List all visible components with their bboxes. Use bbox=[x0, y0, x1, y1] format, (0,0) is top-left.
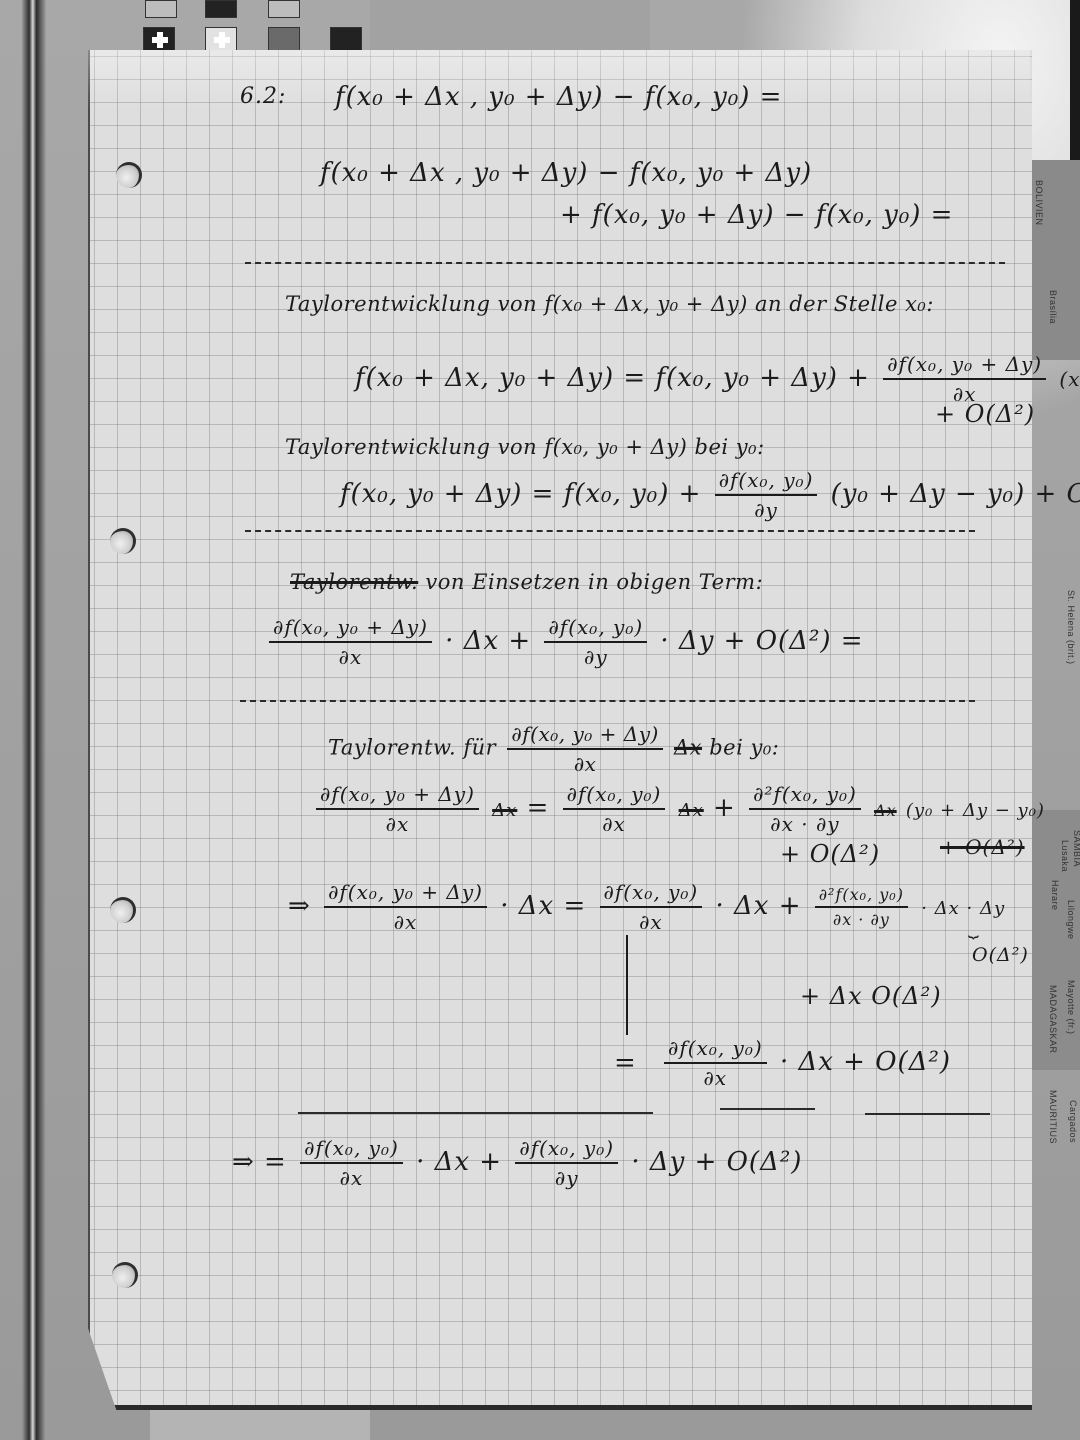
insert-fraction-1: ∂f(x₀, y₀ + Δy) ∂x bbox=[269, 615, 432, 669]
plus-sign: + bbox=[713, 793, 736, 823]
taylor2-tail: (y₀ + Δy − y₀) + O(Δ²) bbox=[831, 479, 1080, 509]
equation-line-2: f(x₀ + Δx , y₀ + Δy) − f(x₀, y₀ + Δy) bbox=[320, 158, 812, 188]
equals-sign: = bbox=[527, 793, 550, 823]
taylor1-equation: f(x₀ + Δx, y₀ + Δy) = f(x₀, y₀ + Δy) + ∂… bbox=[355, 352, 1080, 406]
taylor3-heading-post: bei y₀: bbox=[709, 736, 779, 760]
fraction-numerator: ∂f(x₀, y₀ + Δy) bbox=[324, 880, 487, 908]
punch-hole bbox=[116, 162, 142, 188]
taylor2-fraction: ∂f(x₀, y₀) ∂y bbox=[715, 468, 818, 522]
equation-line-1: f(x₀ + Δx , y₀ + Δy) − f(x₀, y₀) = bbox=[335, 82, 782, 112]
taylor2-heading: Taylorentwicklung von f(x₀, y₀ + Δy) bei… bbox=[285, 435, 765, 459]
separator-line bbox=[245, 530, 975, 532]
fraction-denominator: ∂x bbox=[574, 750, 597, 776]
fraction-denominator: ∂y bbox=[754, 496, 778, 522]
map-label: Harare bbox=[1050, 880, 1060, 911]
fraction-denominator: ∂y bbox=[555, 1164, 579, 1190]
final-tail: · Δy + O(Δ²) bbox=[631, 1147, 802, 1177]
taylor1-fraction: ∂f(x₀, y₀ + Δy) ∂x bbox=[883, 352, 1046, 406]
map-label: MADAGASKAR bbox=[1048, 985, 1058, 1054]
fraction-numerator: ∂f(x₀, y₀) bbox=[715, 468, 818, 496]
fraction-denominator: ∂x bbox=[602, 810, 626, 836]
taylor2-equation: f(x₀, y₀ + Δy) = f(x₀, y₀) + ∂f(x₀, y₀) … bbox=[340, 468, 1080, 522]
impl-result-fraction: ∂f(x₀, y₀) ∂x bbox=[664, 1036, 767, 1090]
taylor3-heading-pre: Taylorentw. für bbox=[328, 736, 496, 760]
map-label: Brasília bbox=[1048, 290, 1058, 324]
taylor3-r1-fraction: ∂f(x₀, y₀) ∂x bbox=[563, 782, 666, 836]
taylor1-lhs: f(x₀ + Δx, y₀ + Δy) = f(x₀, y₀ + Δy) + bbox=[355, 363, 870, 393]
map-label: St. Helena (brit.) bbox=[1066, 590, 1076, 665]
struck-remainder: + O(Δ²) bbox=[940, 835, 1025, 859]
map-label: Lilongwe bbox=[1066, 900, 1076, 940]
map-label: Mayotte (fr.) bbox=[1066, 980, 1076, 1035]
impl-r2-fraction: ∂²f(x₀, y₀) ∂x · ∂y bbox=[815, 885, 908, 929]
fraction-numerator: ∂f(x₀, y₀ + Δy) bbox=[316, 782, 479, 810]
taylor2-lhs: f(x₀, y₀ + Δy) = f(x₀, y₀) + bbox=[340, 479, 701, 509]
separator-line bbox=[245, 262, 1005, 264]
struck-word: Δx bbox=[492, 800, 517, 821]
flag-icon bbox=[205, 0, 237, 18]
desk-shadow bbox=[1070, 0, 1080, 160]
insert-fraction-2: ∂f(x₀, y₀) ∂y bbox=[544, 615, 647, 669]
fraction-denominator: ∂x bbox=[394, 908, 418, 934]
map-land-region bbox=[370, 0, 650, 50]
equation-line-3: + f(x₀, y₀ + Δy) − f(x₀, y₀) = bbox=[560, 200, 953, 230]
struck-word: Δx bbox=[674, 736, 702, 760]
taylor3-r2-fraction: ∂²f(x₀, y₀) ∂x · ∂y bbox=[749, 782, 861, 836]
taylor3-heading: Taylorentw. für ∂f(x₀, y₀ + Δy) ∂x Δx be… bbox=[328, 722, 779, 776]
impl-r1-tail: · Δx + bbox=[715, 891, 801, 921]
fraction-numerator: ∂²f(x₀, y₀) bbox=[749, 782, 861, 810]
brace-label: O(Δ²) bbox=[972, 944, 1029, 966]
taylor1-tail: (x₀ + Δx − x₀) bbox=[1059, 367, 1080, 391]
impl-lhs-tail: · Δx = bbox=[500, 891, 586, 921]
map-label: Cargados bbox=[1068, 1100, 1078, 1143]
final-fraction-2: ∂f(x₀, y₀) ∂y bbox=[515, 1136, 618, 1190]
impl-lhs-fraction: ∂f(x₀, y₀ + Δy) ∂x bbox=[324, 880, 487, 934]
taylor1-heading: Taylorentwicklung von f(x₀ + Δx, y₀ + Δy… bbox=[285, 292, 934, 316]
underbrace: ⏟ bbox=[968, 918, 979, 939]
fraction-denominator: ∂x · ∂y bbox=[833, 908, 890, 929]
fraction-denominator: ∂x bbox=[704, 1064, 728, 1090]
fraction-numerator: ∂f(x₀, y₀) bbox=[515, 1136, 618, 1164]
continuation-bracket bbox=[626, 935, 628, 1035]
flag-icon bbox=[145, 0, 177, 18]
map-label: MAURITIUS bbox=[1048, 1090, 1058, 1144]
flag-switzerland-icon bbox=[143, 27, 175, 53]
struck-word: Δx bbox=[679, 800, 704, 821]
taylor3-equation: ∂f(x₀, y₀ + Δy) ∂x Δx = ∂f(x₀, y₀) ∂x Δx… bbox=[312, 782, 1045, 836]
implies-arrow: ⇒ bbox=[288, 891, 311, 921]
impl-result: ∂f(x₀, y₀) ∂x · Δx + O(Δ²) bbox=[660, 1036, 951, 1090]
problem-number: 6.2: bbox=[240, 84, 286, 109]
final-arrow: ⇒ = bbox=[232, 1147, 287, 1177]
flag-icon bbox=[330, 27, 362, 53]
insert-heading-text: von Einsetzen in obigen Term: bbox=[425, 570, 763, 594]
flag-malta-icon bbox=[205, 27, 237, 53]
separator-line bbox=[865, 1113, 990, 1115]
fraction-numerator: ∂f(x₀, y₀) bbox=[563, 782, 666, 810]
implication-equation: ⇒ ∂f(x₀, y₀ + Δy) ∂x · Δx = ∂f(x₀, y₀) ∂… bbox=[288, 880, 1005, 934]
impl-r2-tail: · Δx · Δy bbox=[921, 898, 1005, 919]
impl-equals: = bbox=[614, 1048, 637, 1078]
fraction-denominator: ∂x bbox=[340, 1164, 364, 1190]
taylor3-heading-fraction: ∂f(x₀, y₀ + Δy) ∂x bbox=[507, 722, 662, 776]
fraction-numerator: ∂f(x₀, y₀) bbox=[664, 1036, 767, 1064]
struck-word: Δx bbox=[874, 801, 897, 820]
taylor3-remainder: + O(Δ²) bbox=[780, 840, 880, 868]
map-label: BOLIVIEN bbox=[1034, 180, 1044, 226]
taylor1-remainder: + O(Δ²) bbox=[935, 400, 1035, 428]
separator-line bbox=[720, 1108, 815, 1110]
final-fraction-1: ∂f(x₀, y₀) ∂x bbox=[300, 1136, 403, 1190]
map-label: SAMBIA bbox=[1072, 830, 1080, 867]
final-mid: · Δx + bbox=[416, 1147, 502, 1177]
impl-result-tail: · Δx + O(Δ²) bbox=[780, 1047, 951, 1077]
struck-word: Taylorentw. bbox=[290, 570, 418, 594]
fraction-denominator: ∂x bbox=[639, 908, 663, 934]
fraction-numerator: ∂f(x₀, y₀ + Δy) bbox=[507, 722, 662, 750]
fraction-denominator: ∂x bbox=[386, 810, 410, 836]
punch-hole bbox=[112, 1262, 138, 1288]
insert-mid: · Δx + bbox=[445, 626, 531, 656]
fraction-denominator: ∂x bbox=[339, 643, 363, 669]
fraction-numerator: ∂f(x₀, y₀ + Δy) bbox=[269, 615, 432, 643]
separator-line bbox=[240, 700, 975, 702]
map-label: Lusaka bbox=[1060, 840, 1070, 872]
separator-line bbox=[298, 1112, 653, 1114]
fraction-numerator: ∂f(x₀, y₀) bbox=[600, 880, 703, 908]
flag-icon bbox=[268, 0, 300, 18]
fraction-numerator: ∂²f(x₀, y₀) bbox=[815, 885, 908, 908]
binder-edge bbox=[22, 0, 46, 1440]
fraction-numerator: ∂f(x₀, y₀) bbox=[544, 615, 647, 643]
taylor3-r2-tail: (y₀ + Δy − y₀) bbox=[906, 800, 1045, 821]
taylor3-lhs-fraction: ∂f(x₀, y₀ + Δy) ∂x bbox=[316, 782, 479, 836]
impl-remainder: + Δx O(Δ²) bbox=[800, 982, 942, 1010]
punch-hole bbox=[110, 897, 136, 923]
map-flags-strip bbox=[150, 1410, 370, 1440]
insert-tail: · Δy + O(Δ²) = bbox=[660, 626, 863, 656]
fraction-denominator: ∂x · ∂y bbox=[770, 810, 839, 836]
insert-heading: Taylorentw. von Einsetzen in obigen Term… bbox=[290, 570, 763, 594]
fraction-numerator: ∂f(x₀, y₀ + Δy) bbox=[883, 352, 1046, 380]
fraction-denominator: ∂y bbox=[584, 643, 608, 669]
final-result: ⇒ = ∂f(x₀, y₀) ∂x · Δx + ∂f(x₀, y₀) ∂y ·… bbox=[232, 1136, 802, 1190]
insert-equation: ∂f(x₀, y₀ + Δy) ∂x · Δx + ∂f(x₀, y₀) ∂y … bbox=[265, 615, 864, 669]
punch-hole bbox=[110, 528, 136, 554]
fraction-numerator: ∂f(x₀, y₀) bbox=[300, 1136, 403, 1164]
impl-r1-fraction: ∂f(x₀, y₀) ∂x bbox=[600, 880, 703, 934]
flag-uk-icon bbox=[268, 27, 300, 53]
